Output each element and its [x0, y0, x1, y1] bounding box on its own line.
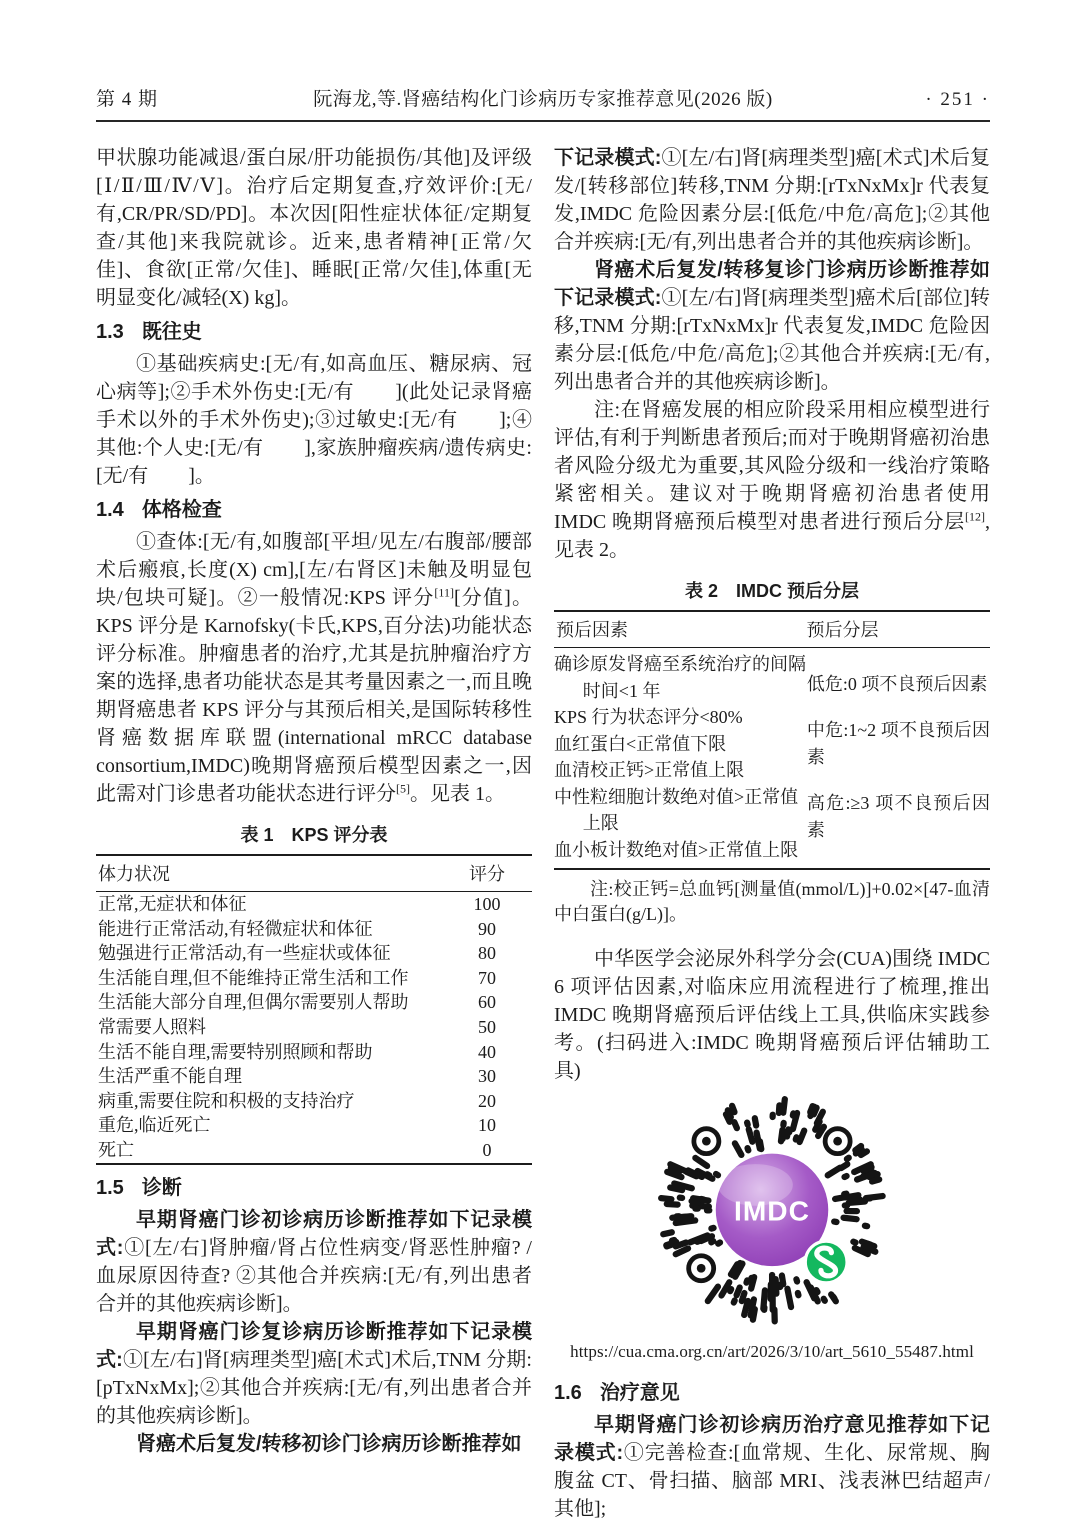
wechat-miniprogram-icon	[805, 1241, 847, 1283]
prognostic-factor: 中性粒细胞计数绝对值>正常值上限	[554, 784, 807, 837]
kps-score-cell: 20	[442, 1089, 532, 1114]
kps-status-cell: 重危,临近死亡	[96, 1113, 442, 1138]
kps-status-cell: 正常,无症状和体征	[96, 892, 442, 917]
bold-lead-text: 肾癌术后复发/转移初诊门诊病历诊断推荐如	[136, 1433, 522, 1455]
kps-status-cell: 生活能大部分自理,但偶尔需要别人帮助	[96, 990, 442, 1015]
paragraph: ①查体:[无/有,如腹部[平坦/见左/右腹部/腰部术后瘢痕,长度(X) cm],…	[96, 528, 532, 808]
kps-score-cell: 90	[442, 917, 532, 942]
bold-lead-text: 下记录模式:	[554, 147, 661, 169]
risk-stratum: 低危:0 项不良预后因素	[807, 671, 990, 698]
section-heading-1.5: 1.5诊断	[96, 1173, 532, 1203]
table-row: 能进行正常活动,有轻微症状和体征90	[96, 917, 532, 942]
table-label: 表 1	[240, 825, 273, 845]
table-body: 确诊原发肾癌至系统治疗的间隔时间<1 年KPS 行为状态评分<80%血红蛋白<正…	[554, 648, 990, 868]
paragraph: 早期肾癌门诊初诊病历诊断推荐如下记录模式:①[左/右]肾肿瘤/肾占位性病变/肾恶…	[96, 1206, 532, 1318]
left-column: 甲状腺功能减退/蛋白尿/肝功能损伤/其他]及评级[Ⅰ/Ⅱ/Ⅲ/Ⅳ/Ⅴ]。治疗后定…	[96, 144, 532, 1523]
paragraph: 甲状腺功能减退/蛋白尿/肝功能损伤/其他]及评级[Ⅰ/Ⅱ/Ⅲ/Ⅳ/Ⅴ]。治疗后定…	[96, 144, 532, 312]
kps-score-cell: 100	[442, 892, 532, 917]
kps-status-cell: 生活能自理,但不能维持正常生活和工作	[96, 966, 442, 991]
kps-status-cell: 生活严重不能自理	[96, 1064, 442, 1089]
body-text: 中华医学会泌尿外科学分会(CUA)围绕 IMDC 6 项评估因素,对临床应用流程…	[554, 948, 990, 1082]
kps-score-table: 体力状况评分正常,无症状和体征100能进行正常活动,有轻微症状和体征90勉强进行…	[96, 854, 532, 1165]
paragraph: 肾癌术后复发/转移复诊门诊病历诊断推荐如下记录模式:①[左/右]肾[病理类型]癌…	[554, 256, 990, 396]
body-text: ①基础疾病史:[无/有,如高血压、糖尿病、冠心病等];②手术外伤史:[无/有 ]…	[96, 353, 532, 487]
section-title: 既往史	[142, 321, 202, 343]
table-row: 生活不能自理,需要特别照顾和帮助40	[96, 1040, 532, 1065]
column-header: 评分	[442, 855, 532, 892]
prognostic-factor: KPS 行为状态评分<80%	[554, 704, 807, 731]
kps-score-cell: 0	[442, 1138, 532, 1164]
qr-eye-bottom-left-icon	[689, 1256, 714, 1281]
risk-strata-list: 低危:0 项不良预后因素中危:1~2 项不良预后因素高危:≥3 项不良预后因素	[807, 651, 990, 863]
body-text: 。见表 1。	[410, 783, 505, 805]
two-column-layout: 甲状腺功能减退/蛋白尿/肝功能损伤/其他]及评级[Ⅰ/Ⅱ/Ⅲ/Ⅳ/Ⅴ]。治疗后定…	[96, 144, 990, 1523]
kps-score-cell: 40	[442, 1040, 532, 1065]
body-text: 注:在肾癌发展的相应阶段采用相应模型进行评估,有利于判断患者预后;而对于晚期肾癌…	[554, 399, 990, 533]
body-text: ①[左/右]肾肿瘤/肾占位性病变/肾恶性肿瘤? /血尿原因待查? ②其他合并疾病…	[96, 1237, 532, 1315]
kps-score-cell: 50	[442, 1015, 532, 1040]
kps-score-cell: 80	[442, 941, 532, 966]
kps-score-cell: 30	[442, 1064, 532, 1089]
section-title: 治疗意见	[600, 1382, 680, 1404]
page-header: 第 4 期 阮海龙,等.肾癌结构化门诊病历专家推荐意见(2026 版) · 25…	[96, 84, 990, 122]
table-row: 生活能大部分自理,但偶尔需要别人帮助60	[96, 990, 532, 1015]
right-column: 下记录模式:①[左/右]肾[病理类型]癌[术式]术后复发/[转移部位]转移,TN…	[554, 144, 990, 1523]
table-row: 正常,无症状和体征100	[96, 892, 532, 917]
kps-status-cell: 能进行正常活动,有轻微症状和体征	[96, 917, 442, 942]
table-header-row: 体力状况评分	[96, 855, 532, 892]
prognostic-factor: 确诊原发肾癌至系统治疗的间隔时间<1 年	[554, 651, 807, 704]
prognostic-factor: 血清校正钙>正常值上限	[554, 757, 807, 784]
citation-superscript: [5]	[396, 781, 410, 795]
prognostic-factors-list: 确诊原发肾癌至系统治疗的间隔时间<1 年KPS 行为状态评分<80%血红蛋白<正…	[554, 651, 807, 863]
section-title: 诊断	[142, 1177, 182, 1199]
section-heading-1.6: 1.6治疗意见	[554, 1378, 990, 1408]
section-title: 体格检查	[142, 499, 222, 521]
kps-score-cell: 60	[442, 990, 532, 1015]
section-number: 1.5	[96, 1177, 124, 1199]
section-heading-1.3: 1.3既往史	[96, 317, 532, 347]
paragraph: 早期肾癌门诊初诊病历治疗意见推荐如下记录模式:①完善检查:[血常规、生化、尿常规…	[554, 1411, 990, 1523]
qr-code-figure: IMDC	[647, 1093, 897, 1336]
risk-stratum: 高危:≥3 项不良预后因素	[807, 790, 990, 843]
table-row: 常需要人照料50	[96, 1015, 532, 1040]
paragraph: 中华医学会泌尿外科学分会(CUA)围绕 IMDC 6 项评估因素,对临床应用流程…	[554, 945, 990, 1085]
paragraph: 下记录模式:①[左/右]肾[病理类型]癌[术式]术后复发/[转移部位]转移,TN…	[554, 144, 990, 256]
journal-page: 第 4 期 阮海龙,等.肾癌结构化门诊病历专家推荐意见(2026 版) · 25…	[0, 0, 1080, 1528]
kps-status-cell: 病重,需要住院和积极的支持治疗	[96, 1089, 442, 1114]
prognostic-factor: 血小板计数绝对值>正常值上限	[554, 837, 807, 864]
section-heading-1.4: 1.4体格检查	[96, 495, 532, 525]
paragraph: 早期肾癌门诊复诊病历诊断推荐如下记录模式:①[左/右]肾[病理类型]癌[术式]术…	[96, 1318, 532, 1430]
qr-eye-top-left-icon	[694, 1129, 719, 1154]
table-row: 病重,需要住院和积极的支持治疗20	[96, 1089, 532, 1114]
table-footnote: 注:校正钙=总血钙[测量值(mmol/L)]+0.02×[47-血清中白蛋白(g…	[554, 877, 990, 927]
kps-status-cell: 勉强进行正常活动,有一些症状或体征	[96, 941, 442, 966]
table-row: 重危,临近死亡10	[96, 1113, 532, 1138]
kps-status-cell: 死亡	[96, 1138, 442, 1164]
kps-status-cell: 生活不能自理,需要特别照顾和帮助	[96, 1040, 442, 1065]
table-caption: 表 2 IMDC 预后分层	[554, 578, 990, 604]
risk-stratum: 中危:1~2 项不良预后因素	[807, 717, 990, 770]
kps-score-cell: 10	[442, 1113, 532, 1138]
kps-score-cell: 70	[442, 966, 532, 991]
paragraph: 肾癌术后复发/转移初诊门诊病历诊断推荐如	[96, 1430, 532, 1458]
paragraph: ①基础疾病史:[无/有,如高血压、糖尿病、冠心病等];②手术外伤史:[无/有 ]…	[96, 350, 532, 490]
qr-eye-top-right-icon	[825, 1129, 850, 1154]
header-running-title: 阮海龙,等.肾癌结构化门诊病历专家推荐意见(2026 版)	[246, 84, 840, 111]
imdc-strata-table: 预后因素预后分层确诊原发肾癌至系统治疗的间隔时间<1 年KPS 行为状态评分<8…	[554, 610, 990, 870]
column-header: 预后分层	[807, 616, 988, 642]
citation-superscript: [12]	[965, 509, 985, 523]
table-label: 表 2	[685, 581, 718, 601]
table-row: 勉强进行正常活动,有一些症状或体征80	[96, 941, 532, 966]
table-title: KPS 评分表	[292, 825, 388, 845]
kps-status-cell: 常需要人照料	[96, 1015, 442, 1040]
table-header-row: 预后因素预后分层	[554, 612, 990, 648]
body-text: [分值]。KPS 评分是 Karnofsky(卡氏,KPS,百分法)功能状态评分…	[96, 587, 532, 805]
section-number: 1.3	[96, 321, 124, 343]
section-number: 1.4	[96, 499, 124, 521]
header-issue-label: 第 4 期	[96, 84, 246, 111]
column-header: 体力状况	[96, 855, 442, 892]
body-text: 甲状腺功能减退/蛋白尿/肝功能损伤/其他]及评级[Ⅰ/Ⅱ/Ⅲ/Ⅳ/Ⅴ]。治疗后定…	[96, 147, 532, 309]
wechat-miniprogram-qr-code: IMDC	[647, 1093, 897, 1331]
column-header: 预后因素	[556, 616, 807, 642]
table-row: 生活能自理,但不能维持正常生活和工作70	[96, 966, 532, 991]
qr-center-label: IMDC	[734, 1195, 810, 1226]
body-text: ①[左/右]肾[病理类型]癌[术式]术后,TNM 分期:[pTxNxMx];②其…	[96, 1349, 532, 1427]
prognostic-factor: 血红蛋白<正常值下限	[554, 731, 807, 758]
section-number: 1.6	[554, 1382, 582, 1404]
qr-tool-url: https://cua.cma.org.cn/art/2026/3/10/art…	[554, 1342, 990, 1362]
citation-superscript: [11]	[434, 585, 454, 599]
table-caption: 表 1 KPS 评分表	[96, 822, 532, 848]
table-row: 生活严重不能自理30	[96, 1064, 532, 1089]
paragraph: 注:在肾癌发展的相应阶段采用相应模型进行评估,有利于判断患者预后;而对于晚期肾癌…	[554, 396, 990, 564]
header-page-number: · 251 ·	[840, 89, 990, 111]
table-title: IMDC 预后分层	[736, 581, 859, 601]
table-row: 死亡0	[96, 1138, 532, 1164]
